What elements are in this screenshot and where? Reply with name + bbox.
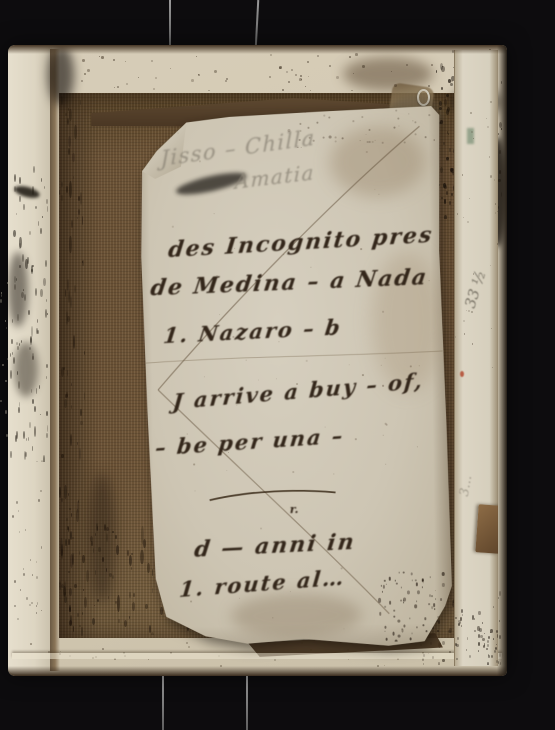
pasted-label: Jisso – Chilla Amatia des Incognito pres… xyxy=(134,101,458,661)
speckle-dot xyxy=(68,527,69,532)
speckle-dot xyxy=(225,80,227,82)
speckle-dot xyxy=(295,74,297,76)
speckle-dot xyxy=(442,637,443,640)
speckle-dot xyxy=(102,648,104,650)
speckle-dot xyxy=(482,622,483,624)
speckle-dot xyxy=(10,370,12,379)
speckle-dot xyxy=(46,364,48,368)
speckle-dot xyxy=(92,618,95,625)
speckle-dot xyxy=(125,61,126,62)
speckle-dot xyxy=(82,555,85,563)
speckle-dot xyxy=(129,592,131,598)
speckle-dot xyxy=(307,61,309,63)
speckle-dot xyxy=(433,635,435,637)
fore-edge-speckles xyxy=(455,605,498,665)
speckle-dot xyxy=(65,113,67,116)
speckle-dot xyxy=(131,567,132,570)
speckle-dot xyxy=(77,613,79,617)
speckle-dot xyxy=(35,206,37,209)
speckle-dot xyxy=(32,265,34,267)
speckle-dot xyxy=(348,659,349,660)
speckle-dot xyxy=(301,79,302,80)
speckle-dot xyxy=(70,615,72,626)
speckle-dot xyxy=(490,629,493,633)
speckle-dot xyxy=(151,60,153,62)
label-paper: Jisso – Chilla Amatia des Incognito pres… xyxy=(134,101,454,657)
speckle-dot xyxy=(116,545,119,555)
speckle-dot xyxy=(20,589,21,591)
speckle-dot xyxy=(81,627,83,636)
speckle-dot xyxy=(69,620,72,626)
speckle-dot xyxy=(11,339,13,344)
speckle-dot xyxy=(124,620,127,627)
speckle-dot xyxy=(493,606,494,608)
speckle-dot xyxy=(64,596,67,603)
speckle-dot xyxy=(73,335,75,349)
speckle-dot xyxy=(68,108,69,111)
speckle-dot xyxy=(82,260,84,266)
speckle-dot xyxy=(478,611,481,615)
speckle-dot xyxy=(61,498,63,502)
speckle-dot xyxy=(23,573,25,576)
speckle-dot xyxy=(61,367,64,377)
speckle-dot xyxy=(488,655,490,658)
speckle-dot xyxy=(71,383,72,386)
speckle-dot xyxy=(115,535,117,539)
speckle-dot xyxy=(66,518,68,521)
speckle-dot xyxy=(70,531,72,540)
speckle-dot xyxy=(114,87,115,88)
speckle-dot xyxy=(46,199,48,204)
speckle-dot xyxy=(15,435,17,442)
speckle-dot xyxy=(490,265,491,266)
speckle-dot xyxy=(126,83,128,85)
speckle-dot xyxy=(463,217,464,218)
speckle-dot xyxy=(68,571,70,573)
speckle-dot xyxy=(23,431,25,439)
speckle-dot xyxy=(16,431,18,439)
speckle-dot xyxy=(131,553,133,555)
speckle-dot xyxy=(307,108,309,110)
speckle-dot xyxy=(80,409,82,416)
speckle-dot xyxy=(478,642,480,646)
speckle-dot xyxy=(73,176,74,179)
speckle-dot xyxy=(487,640,489,643)
speckle-dot xyxy=(455,336,456,338)
cover-bottom-rim xyxy=(8,666,507,676)
speckle-dot xyxy=(78,500,79,503)
speckle-dot xyxy=(462,614,463,616)
speckle-dot xyxy=(39,385,40,389)
speckle-dot xyxy=(28,437,29,441)
speckle-dot xyxy=(78,196,80,201)
speckle-dot xyxy=(47,313,48,315)
speckle-dot xyxy=(1,294,2,297)
speckle-dot xyxy=(36,612,37,614)
speckle-dot xyxy=(198,74,200,76)
speckle-dot xyxy=(74,285,76,293)
speckle-dot xyxy=(12,352,13,355)
speckle-dot xyxy=(41,546,42,549)
speckle-dot xyxy=(47,425,48,432)
speckle-dot xyxy=(36,328,38,334)
speckle-dot xyxy=(84,351,85,355)
speckle-dot xyxy=(138,77,139,78)
cover-right-rim xyxy=(497,45,507,676)
speckle-dot xyxy=(113,59,115,61)
page-edges-left xyxy=(8,47,52,674)
speckle-dot xyxy=(437,625,439,628)
speckle-dot xyxy=(65,539,67,546)
speckle-dot xyxy=(61,182,63,187)
speckle-dot xyxy=(5,320,6,322)
speckle-dot xyxy=(461,625,462,627)
speckle-dot xyxy=(441,87,443,90)
speckle-dot xyxy=(463,320,465,322)
speckle-dot xyxy=(349,56,351,58)
speckle-dot xyxy=(26,438,27,441)
speckle-dot xyxy=(490,175,492,178)
cloth-stain xyxy=(89,473,115,603)
speckle-dot xyxy=(440,63,443,70)
speckle-dot xyxy=(35,288,37,296)
speckle-dot xyxy=(77,217,78,219)
speckle-dot xyxy=(86,570,89,582)
speckle-dot xyxy=(336,76,339,79)
speckle-dot xyxy=(317,55,319,57)
speckle-dot xyxy=(288,81,290,83)
red-fleck xyxy=(460,371,464,377)
speckle-dot xyxy=(45,260,47,267)
speckle-dot xyxy=(490,632,491,633)
speckle-dot xyxy=(79,625,81,627)
speckle-dot xyxy=(41,610,42,611)
speckle-dot xyxy=(66,392,68,397)
speckle-dot xyxy=(440,637,442,639)
speckle-dot xyxy=(16,213,17,215)
speckle-dot xyxy=(191,79,194,82)
speckle-dot xyxy=(486,648,488,650)
speckle-dot xyxy=(0,299,2,303)
speckle-dot xyxy=(67,370,68,376)
speckle-dot xyxy=(28,310,30,315)
speckle-dot xyxy=(5,380,7,382)
speckle-dot xyxy=(36,388,37,394)
speckle-dot xyxy=(472,343,473,345)
speckle-dot xyxy=(469,198,470,199)
speckle-dot xyxy=(10,353,11,357)
speckle-dot xyxy=(118,619,120,623)
speckle-dot xyxy=(30,336,32,343)
speckle-dot xyxy=(117,86,119,88)
speckle-dot xyxy=(477,626,480,631)
speckle-dot xyxy=(308,76,309,77)
speckle-dot xyxy=(472,615,474,620)
speckle-dot xyxy=(40,228,42,234)
speckle-dot xyxy=(12,515,14,518)
speckle-dot xyxy=(310,90,311,91)
speckle-dot xyxy=(270,54,272,56)
speckle-dot xyxy=(460,617,462,621)
mount-wire-bottom-right xyxy=(246,676,248,730)
speckle-dot xyxy=(10,451,12,458)
speckle-dot xyxy=(490,101,492,103)
speckle-dot xyxy=(74,584,77,588)
speckle-dot xyxy=(38,499,40,502)
speckle-dot xyxy=(44,186,45,189)
speckle-dot xyxy=(46,299,47,302)
edge-inscription-faint: 3… xyxy=(457,474,475,498)
speckle-dot xyxy=(83,589,84,591)
speckle-dot xyxy=(300,75,302,77)
speckle-dot xyxy=(47,206,48,212)
speckle-dot xyxy=(494,179,495,181)
speckle-dot xyxy=(68,148,70,155)
speckle-dot xyxy=(46,411,48,416)
fore-edge-speckles xyxy=(455,90,498,390)
speckle-dot xyxy=(73,626,74,632)
speckle-dot xyxy=(433,629,435,632)
speckle-dot xyxy=(19,196,21,202)
speckle-dot xyxy=(30,559,31,561)
speckle-dot xyxy=(72,553,74,565)
speckle-dot xyxy=(444,637,446,639)
speckle-dot xyxy=(43,278,46,286)
speckle-dot xyxy=(77,442,78,445)
speckle-dot xyxy=(60,538,63,556)
speckle-dot xyxy=(351,90,353,91)
speckle-dot xyxy=(479,628,482,632)
speckle-dot xyxy=(423,663,424,665)
speckle-dot xyxy=(29,231,31,235)
speckle-dot xyxy=(71,220,73,228)
speckle-dot xyxy=(487,126,489,128)
speckle-dot xyxy=(467,221,469,223)
speckle-dot xyxy=(5,410,7,414)
speckle-dot xyxy=(455,617,457,619)
speckle-dot xyxy=(36,561,37,563)
speckle-dot xyxy=(82,612,83,615)
speckle-dot xyxy=(33,166,35,173)
speckle-dot xyxy=(488,636,490,639)
speckle-dot xyxy=(226,78,228,80)
speckle-dot xyxy=(69,109,72,121)
speckle-dot xyxy=(64,592,66,596)
speckle-dot xyxy=(19,531,20,533)
speckle-dot xyxy=(16,342,18,345)
speckle-dot xyxy=(23,204,25,210)
speckle-dot xyxy=(474,618,475,620)
speckle-dot xyxy=(37,319,38,323)
speckle-dot xyxy=(68,136,71,147)
mount-wire-bottom-left xyxy=(162,676,164,730)
speckle-dot xyxy=(64,399,67,408)
speckle-dot xyxy=(45,309,47,318)
speckle-dot xyxy=(495,212,496,214)
speckle-dot xyxy=(70,554,73,568)
speckle-dot xyxy=(129,555,132,566)
brown-patch xyxy=(475,504,498,554)
speckle-dot xyxy=(67,279,69,291)
speckle-dot xyxy=(84,392,85,400)
speckle-dot xyxy=(439,624,440,626)
fore-edge-strip: 33 ½ 3… xyxy=(454,50,498,666)
speckle-dot xyxy=(80,421,83,425)
speckle-dot xyxy=(489,156,490,158)
speckle-dot xyxy=(493,638,494,640)
speckle-dot xyxy=(63,586,66,597)
speckle-dot xyxy=(155,77,157,79)
speckle-dot xyxy=(133,593,135,597)
speckle-dot xyxy=(71,513,72,517)
speckle-dot xyxy=(436,70,437,73)
speckle-dot xyxy=(491,328,492,329)
speckle-dot xyxy=(101,56,104,59)
cover-top-rim xyxy=(8,45,507,54)
speckle-dot xyxy=(153,88,155,90)
speckle-dot xyxy=(82,261,83,263)
speckle-dot xyxy=(79,448,81,460)
corner-stain xyxy=(48,45,74,105)
speckle-dot xyxy=(170,68,171,69)
speckle-dot xyxy=(482,638,485,641)
speckle-dot xyxy=(18,510,19,512)
speckle-dot xyxy=(79,551,80,555)
speckle-dot xyxy=(438,662,440,665)
speckle-dot xyxy=(82,216,83,225)
speckle-dot xyxy=(13,230,16,237)
speckle-dot xyxy=(69,588,72,596)
speckle-dot xyxy=(458,623,460,626)
speckle-dot xyxy=(68,290,70,303)
mount-wire-top-right xyxy=(255,0,260,48)
speckle-dot xyxy=(69,605,71,612)
sketchbook-cover: Jisso – Chilla Amatia des Incognito pres… xyxy=(8,45,507,676)
speckle-dot xyxy=(78,209,80,215)
speckle-dot xyxy=(117,595,120,612)
page-edge-speckles xyxy=(12,477,42,637)
photograph-of-sketchbook-cover: Jisso – Chilla Amatia des Incognito pres… xyxy=(0,0,555,730)
speckle-dot xyxy=(459,622,461,624)
speckle-dot xyxy=(214,70,217,73)
speckle-dot xyxy=(132,602,135,611)
speckle-dot xyxy=(99,56,100,57)
speckle-dot xyxy=(40,289,43,297)
speckle-dot xyxy=(461,609,463,613)
speckle-dot xyxy=(64,581,66,593)
speckle-dot xyxy=(474,630,476,632)
speckle-dot xyxy=(67,118,69,125)
speckle-dot xyxy=(2,364,4,366)
speckle-dot xyxy=(76,509,79,522)
speckle-dot xyxy=(61,549,63,559)
speckle-dot xyxy=(495,203,496,205)
speckle-dot xyxy=(279,66,282,69)
speckle-dot xyxy=(458,620,461,623)
speckle-dot xyxy=(14,174,16,182)
speckle-dot xyxy=(77,501,79,513)
speckle-dot xyxy=(455,643,457,646)
speckle-dot xyxy=(478,650,479,652)
speckle-dot xyxy=(70,296,72,308)
speckle-dot xyxy=(61,584,64,588)
speckle-dot xyxy=(34,426,36,437)
speckle-dot xyxy=(68,493,69,496)
speckle-dot xyxy=(69,236,72,253)
speckle-dot xyxy=(36,576,38,579)
speckle-dot xyxy=(17,618,19,620)
speckle-dot xyxy=(94,605,95,606)
mount-wire-top-left xyxy=(169,0,171,48)
speckle-dot xyxy=(32,574,33,576)
speckle-dot xyxy=(72,153,75,162)
speckle-dot xyxy=(41,178,42,182)
speckle-dot xyxy=(434,638,437,641)
speckle-dot xyxy=(470,112,472,114)
ink-smear xyxy=(14,342,38,397)
speckle-dot xyxy=(19,237,22,248)
speckle-dot xyxy=(87,69,90,72)
speckle-dot xyxy=(24,451,26,460)
speckle-dot xyxy=(466,310,467,311)
speckle-dot xyxy=(59,190,60,195)
speckle-dot xyxy=(23,568,24,570)
speckle-dot xyxy=(467,637,468,640)
speckle-dot xyxy=(69,607,71,612)
speckle-dot xyxy=(27,257,29,264)
speckle-dot xyxy=(31,326,33,337)
speckle-dot xyxy=(43,455,45,462)
speckle-dot xyxy=(19,243,21,249)
speckle-dot xyxy=(66,311,68,325)
speckle-dot xyxy=(65,394,68,398)
speckle-dot xyxy=(115,601,117,604)
speckle-dot xyxy=(34,406,36,412)
speckle-dot xyxy=(198,74,199,75)
speckle-dot xyxy=(279,67,281,69)
speckle-dot xyxy=(80,100,81,105)
speckle-dot xyxy=(67,316,70,322)
speckle-dot xyxy=(63,367,65,370)
speckle-dot xyxy=(484,643,485,646)
speckle-dot xyxy=(72,537,74,539)
speckle-dot xyxy=(14,605,16,607)
speckle-dot xyxy=(69,181,72,198)
speckle-dot xyxy=(286,71,288,73)
speckle-dot xyxy=(450,83,453,86)
speckle-dot xyxy=(127,550,129,556)
speckle-dot xyxy=(1,292,2,294)
speckle-dot xyxy=(46,433,48,438)
speckle-dot xyxy=(38,221,39,226)
speckle-dot xyxy=(483,645,485,648)
speckle-dot xyxy=(471,311,473,313)
speckle-dot xyxy=(152,539,153,540)
speckle-dot xyxy=(59,487,61,498)
speckle-dot xyxy=(456,644,459,647)
speckle-dot xyxy=(32,446,33,451)
speckle-dot xyxy=(491,655,493,658)
speckle-dot xyxy=(468,310,470,312)
speckle-dot xyxy=(66,186,68,193)
speckle-dot xyxy=(84,73,86,75)
speckle-dot xyxy=(68,539,70,545)
speckle-dot xyxy=(287,110,288,111)
speckle-dot xyxy=(487,644,489,647)
speckle-dot xyxy=(32,399,34,404)
speckle-dot xyxy=(456,658,458,660)
speckle-dot xyxy=(478,634,480,638)
